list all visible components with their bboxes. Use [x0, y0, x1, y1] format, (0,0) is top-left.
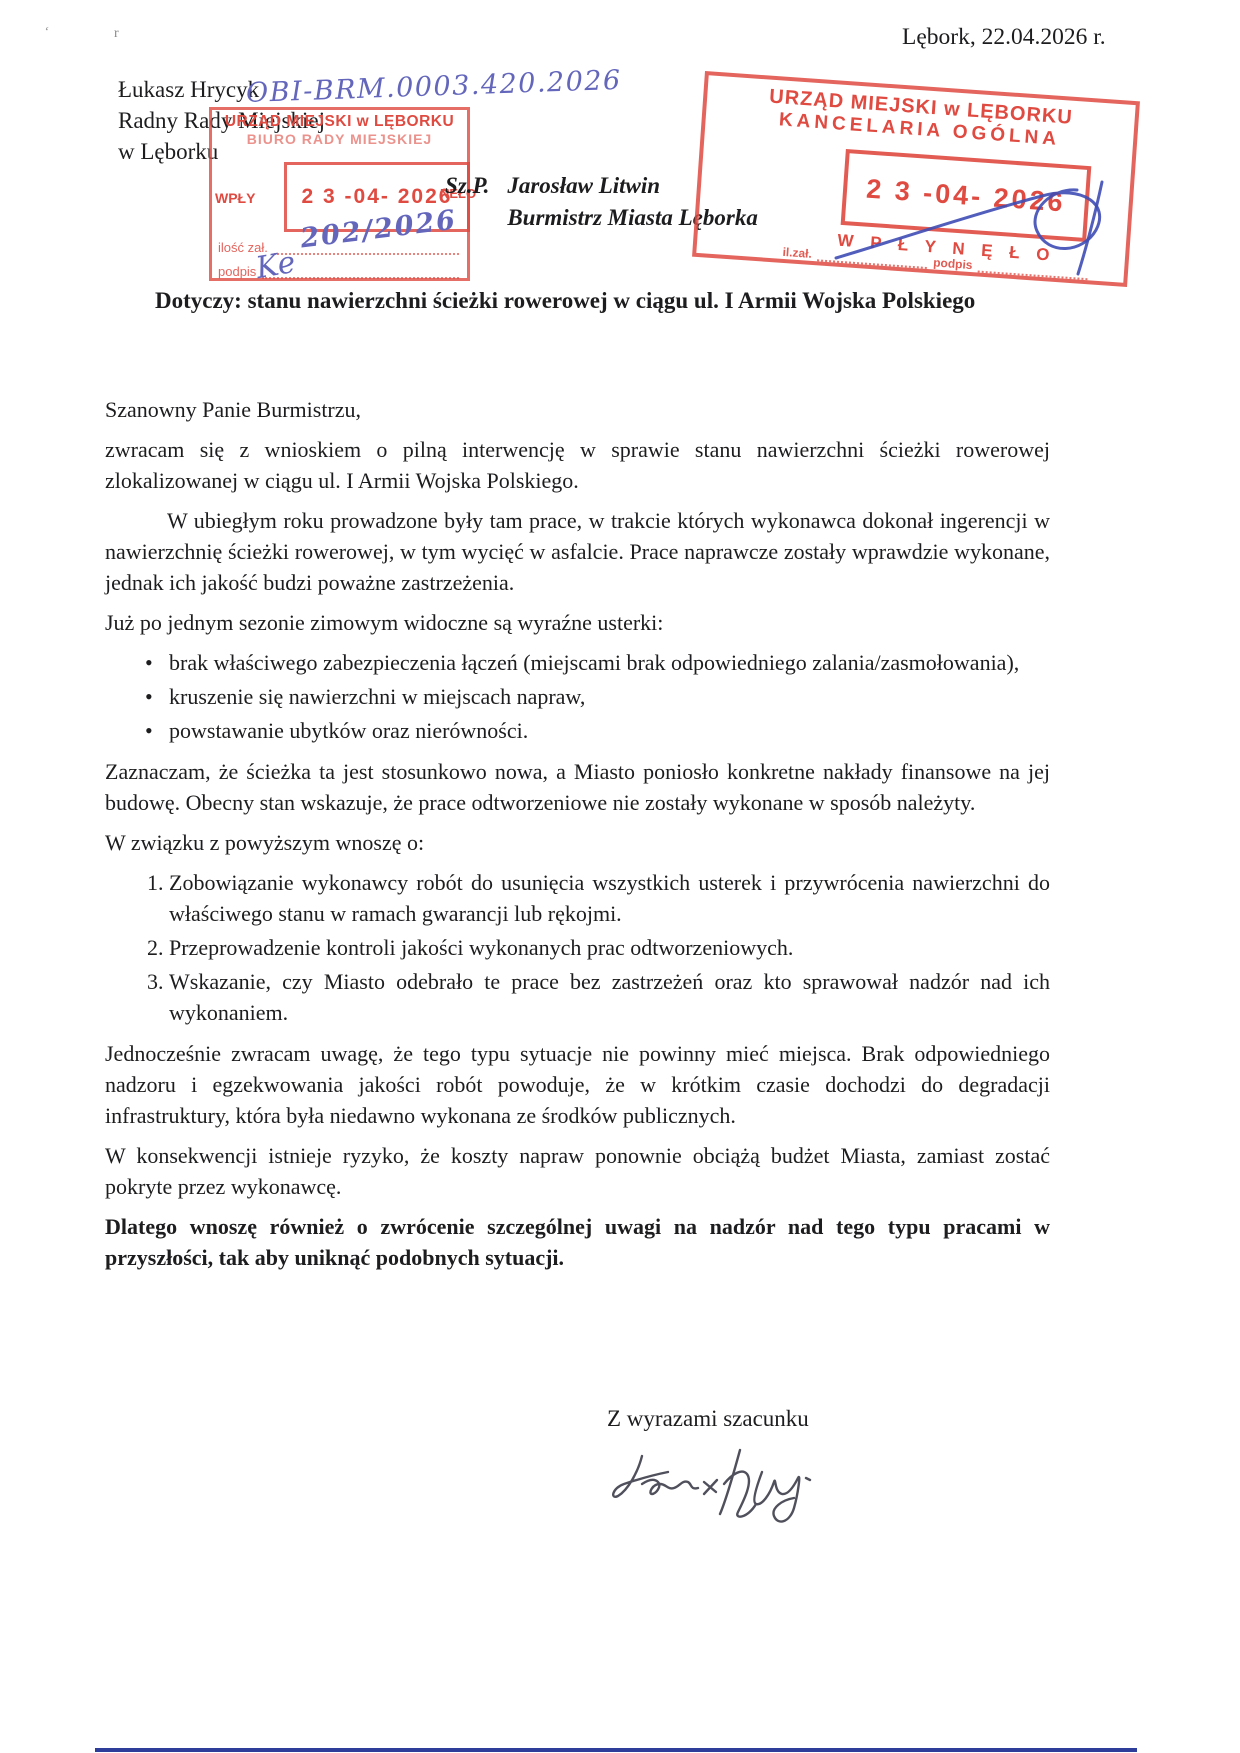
- handwritten-signature: [608, 1438, 823, 1528]
- defects-list: brak właściwego zabezpieczenia łączeń (m…: [105, 647, 1050, 746]
- office-stamp-left: URZĄD MIEJSKI w LĘBORKU BIURO RADY MIEJS…: [209, 107, 470, 281]
- scan-artifact-mark: r: [114, 27, 119, 41]
- stamp-signature-label: podpis: [218, 264, 256, 279]
- greeting: Szanowny Panie Burmistrzu,: [105, 394, 1050, 425]
- letter-body: Szanowny Panie Burmistrzu, zwracam się z…: [105, 394, 1050, 1282]
- dotted-line: [978, 261, 1088, 281]
- paragraph: Już po jednym sezonie zimowym widoczne s…: [105, 607, 1050, 638]
- stamp-date: 2 3 -04- 2026: [865, 173, 1066, 218]
- office-stamp-right: URZĄD MIEJSKI w LĘBORKU KANCELARIA OGÓLN…: [692, 71, 1140, 287]
- paragraph-bold-request: Dlatego wnoszę również o zwrócenie szcze…: [105, 1211, 1050, 1273]
- scanned-letter-page: ʻ r Lębork, 22.04.2026 r. Łukasz Hrycyk …: [0, 0, 1240, 1753]
- list-item: Wskazanie, czy Miasto odebrało te prace …: [169, 966, 1050, 1028]
- paragraph: W konsekwencji istnieje ryzyko, że koszt…: [105, 1140, 1050, 1202]
- stamp-office-department: BIURO RADY MIEJSKIEJ: [212, 131, 467, 147]
- stamp-received-word-left-part: WPŁY: [215, 190, 255, 206]
- scan-artifact-mark: ʻ: [43, 26, 50, 41]
- place-and-date: Lębork, 22.04.2026 r.: [902, 24, 1106, 51]
- stamp-date-box: 2 3 -04- 2026: [841, 149, 1092, 242]
- closing-phrase: Z wyrazami szacunku: [607, 1406, 809, 1432]
- handwritten-initials: Ke: [253, 245, 298, 286]
- stamp-office-name: URZĄD MIEJSKI w LĘBORKU: [212, 113, 467, 131]
- subject-line: Dotyczy: stanu nawierzchni ścieżki rower…: [155, 288, 1085, 314]
- paragraph: W związku z powyższym wnoszę o:: [105, 827, 1050, 858]
- paragraph: Jednocześnie zwracam uwagę, że tego typu…: [105, 1038, 1050, 1131]
- paragraph: zwracam się z wnioskiem o pilną interwen…: [105, 434, 1050, 496]
- handwritten-reference-number: OBI-BRM.0003.420.2026: [246, 66, 587, 109]
- paragraph: W ubiegłym roku prowadzone były tam prac…: [105, 505, 1050, 598]
- requests-list: Zobowiązanie wykonawcy robót do usunięci…: [105, 867, 1050, 1028]
- list-item: brak właściwego zabezpieczenia łączeń (m…: [169, 647, 1050, 678]
- stamp-date: 2 3 -04- 2026: [302, 185, 453, 209]
- stamp-signature-row: podpis: [218, 264, 459, 279]
- list-item: kruszenie się nawierzchni w miejscach na…: [169, 681, 1050, 712]
- list-item: powstawanie ubytków oraz nierówności.: [169, 715, 1050, 746]
- list-item: Zobowiązanie wykonawcy robót do usunięci…: [169, 867, 1050, 929]
- stamp-attachments-label: il.zał.: [782, 245, 812, 261]
- list-item: Przeprowadzenie kontroli jakości wykonan…: [169, 932, 1050, 963]
- recipient-salutation: Sz.P.: [445, 170, 489, 234]
- scan-edge-artifact-line: [95, 1748, 1137, 1752]
- stamp-signature-label: podpis: [933, 255, 973, 272]
- paragraph: Zaznaczam, że ścieżka ta jest stosunkowo…: [105, 756, 1050, 818]
